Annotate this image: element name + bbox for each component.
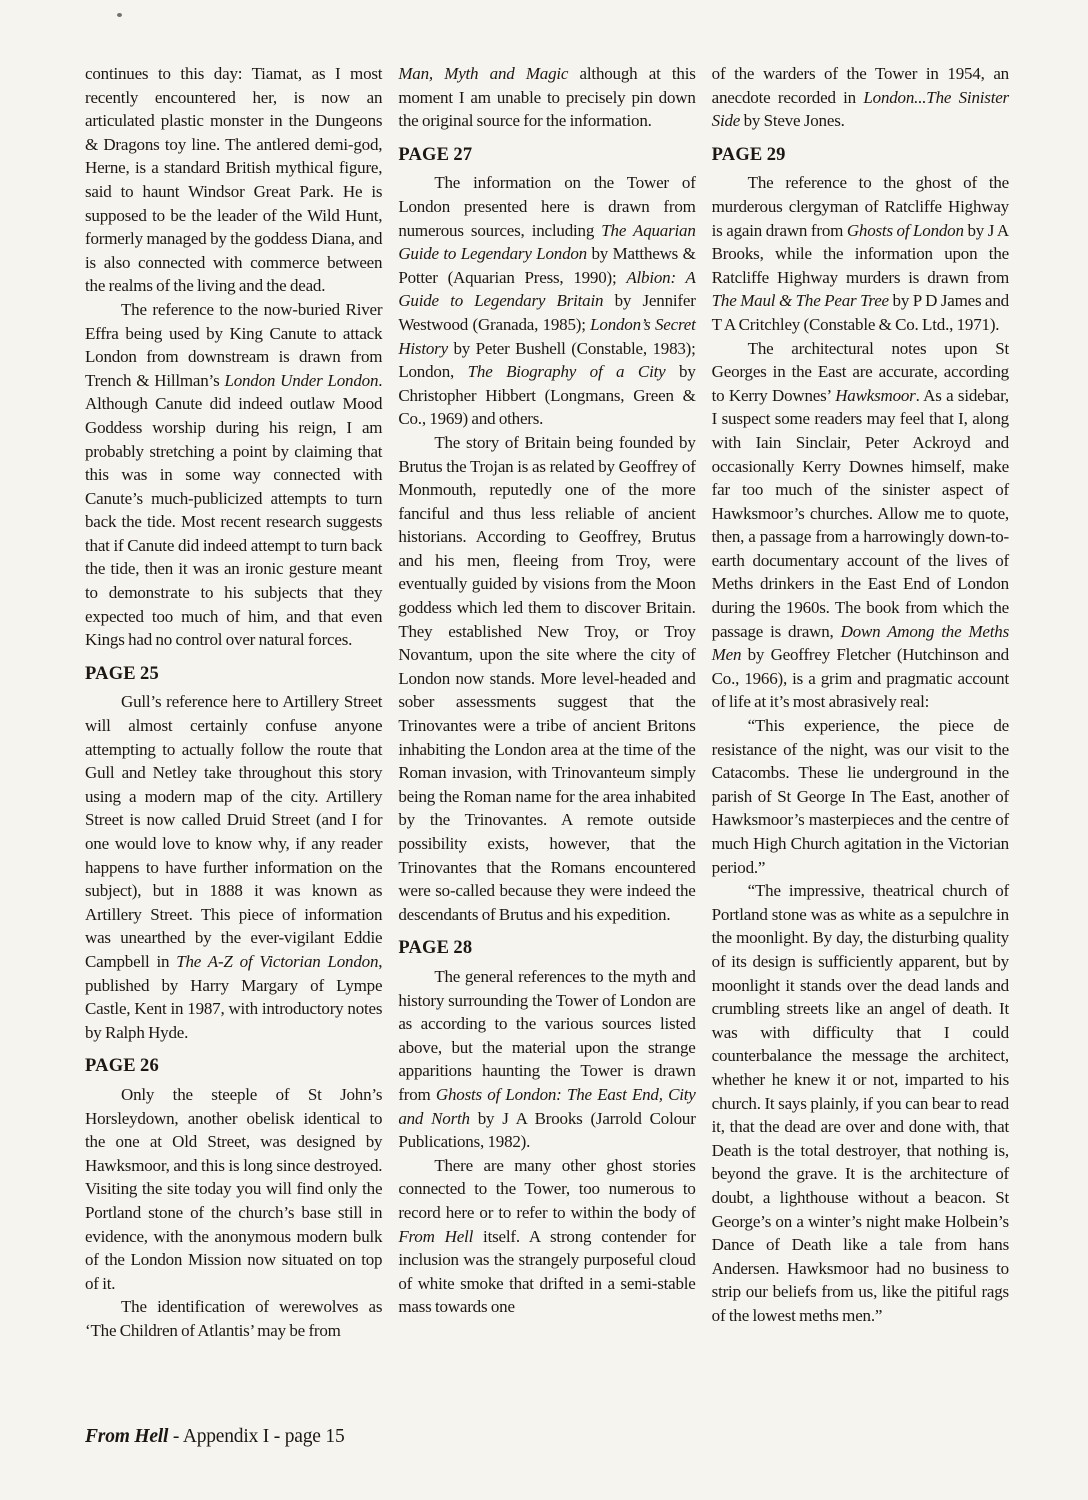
text-run: by Geoffrey Fletcher (Hutchinson and Co.…: [712, 645, 1009, 711]
text-run: “This experience, the piece de resistanc…: [712, 716, 1009, 877]
italic-text: From Hell: [85, 1426, 168, 1447]
paragraph: The information on the Tower of London p…: [398, 171, 695, 431]
text-run: The identification of werewolves as ‘The…: [85, 1297, 382, 1340]
paragraph: The identification of werewolves as ‘The…: [85, 1295, 382, 1342]
book-page: continues to this day: Tiamat, as I most…: [0, 0, 1088, 1500]
paragraph: “The impressive, theatrical church of Po…: [712, 879, 1009, 1327]
page-heading: PAGE 28: [398, 937, 695, 961]
page-heading: PAGE 26: [85, 1055, 382, 1079]
paragraph: There are many other ghost stories conne…: [398, 1154, 695, 1319]
paragraph: continues to this day: Tiamat, as I most…: [85, 62, 382, 298]
paragraph: Man, Myth and Magic although at this mom…: [398, 62, 695, 133]
paragraph: Only the steeple of St John’s Horsleydow…: [85, 1083, 382, 1295]
paragraph: The general references to the myth and h…: [398, 965, 695, 1154]
text-run: continues to this day: Tiamat, as I most…: [85, 64, 382, 295]
page-heading: PAGE 25: [85, 663, 382, 687]
text-run: by Steve Jones.: [740, 111, 845, 130]
scan-speck: [117, 13, 122, 17]
text-run: Only the steeple of St John’s Horsleydow…: [85, 1085, 382, 1293]
paragraph: Gull’s reference here to Artillery Stree…: [85, 690, 382, 1044]
page-heading: PAGE 27: [398, 144, 695, 168]
text-run: “The impressive, theatrical church of Po…: [712, 881, 1009, 1325]
italic-text: From Hell: [398, 1227, 473, 1246]
italic-text: Ghosts of London: [847, 221, 964, 240]
paragraph: of the warders of the Tower in 1954, an …: [712, 62, 1009, 133]
page-footer: From Hell - Appendix I - page 15: [85, 1426, 345, 1448]
text-run: There are many other ghost stories conne…: [398, 1156, 695, 1222]
text-run: - Appendix I - page 15: [168, 1426, 344, 1447]
italic-text: Man, Myth and Magic: [398, 64, 568, 83]
page-heading: PAGE 29: [712, 144, 1009, 168]
text-run: The general references to the myth and h…: [398, 967, 695, 1104]
italic-text: The Biography of a City: [468, 362, 666, 381]
italic-text: The A-Z of Victorian London: [176, 952, 378, 971]
paragraph: The reference to the ghost of the murder…: [712, 171, 1009, 336]
text-columns: continues to this day: Tiamat, as I most…: [85, 62, 1009, 1342]
paragraph: “This experience, the piece de resistanc…: [712, 714, 1009, 879]
text-run: . As a sidebar, I suspect some readers m…: [712, 386, 1009, 641]
paragraph: The story of Britain being founded by Br…: [398, 431, 695, 926]
paragraph: The architectural notes upon St Georges …: [712, 337, 1009, 715]
column-2: Man, Myth and Magic although at this mom…: [398, 62, 695, 1342]
paragraph: The reference to the now-buried River Ef…: [85, 298, 382, 652]
text-run: . Although Canute did indeed outlaw Mood…: [85, 371, 382, 650]
italic-text: London Under London: [224, 371, 378, 390]
text-run: Gull’s reference here to Artillery Stree…: [85, 692, 382, 971]
column-3: of the warders of the Tower in 1954, an …: [712, 62, 1009, 1342]
italic-text: The Maul & The Pear Tree: [712, 291, 889, 310]
column-1: continues to this day: Tiamat, as I most…: [85, 62, 382, 1342]
italic-text: Hawksmoor: [835, 386, 915, 405]
text-run: The story of Britain being founded by Br…: [398, 433, 695, 924]
